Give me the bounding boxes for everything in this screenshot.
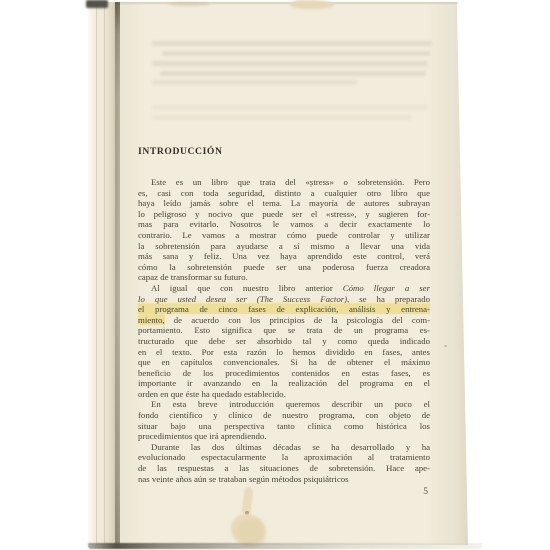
text-line: Al igual que con nuestro libro anterior … xyxy=(138,283,430,294)
text-segment: mas para evitarlo. Nosotros le vamos a d… xyxy=(138,219,430,229)
text-segment: capaz de transformar su futuro. xyxy=(138,272,248,282)
text-line: que en capítulos convencionales. Si ha d… xyxy=(138,357,430,368)
top-left-dark-patch xyxy=(86,0,108,8)
highlighted-text: el programa de cinco fases de explicació… xyxy=(138,304,430,314)
text-line: Este es un libro que trata del «stress» … xyxy=(138,177,430,188)
text-segment: En esta breve introducción queremos desc… xyxy=(151,399,430,409)
text-line: mas para evitarlo. Nosotros le vamos a d… xyxy=(138,219,430,230)
italic-text: Cómo llegar a ser xyxy=(343,283,430,293)
bleed-through-line xyxy=(152,61,428,66)
text-line: el programa de cinco fases de explicació… xyxy=(138,304,430,315)
text-line: situar bajo una perspectiva tanto clínic… xyxy=(138,421,430,432)
text-line: beneficio de los procedimientos contenid… xyxy=(138,368,430,379)
text-line: En esta breve introducción queremos desc… xyxy=(138,399,430,410)
highlighted-text: miento, xyxy=(138,315,165,325)
page-stack-fore-edge xyxy=(88,2,118,545)
text-segment: contrario. Le vamos a mostrar cómo puede… xyxy=(138,230,430,240)
text-segment: beneficio de los procedimientos contenid… xyxy=(138,368,430,378)
dust-speck xyxy=(399,188,401,190)
text-segment: importante ir avanzando en la realizació… xyxy=(138,378,430,388)
text-segment: más sana y feliz. Una vez haya aprendido… xyxy=(138,251,430,261)
text-line: nas veinte años aún se trataban según mé… xyxy=(138,474,430,485)
bleed-through-line xyxy=(160,71,426,76)
text-segment: Este es un libro que trata del «stress» … xyxy=(151,177,430,187)
text-segment: tructurado que debe ser absorbido tal y … xyxy=(138,336,430,346)
page-edge-line xyxy=(96,2,97,545)
bleed-through-line xyxy=(162,51,430,56)
top-edge-mark xyxy=(168,2,210,6)
gutter-crease xyxy=(115,2,120,545)
text-line: en el texto. Por esta razón lo hemos div… xyxy=(138,347,430,358)
text-segment: evolucionado espectacularmente la aproxi… xyxy=(138,452,430,462)
text-segment: haya leído jamás sobre el tema. La mayor… xyxy=(138,198,430,208)
text-segment: cómo la sobretensión puede ser una poder… xyxy=(138,262,430,272)
text-segment: situar bajo una perspectiva tanto clínic… xyxy=(138,421,430,431)
bleed-through-line xyxy=(152,105,428,110)
text-segment: portamiento. Esto significa que se trata… xyxy=(138,325,430,335)
bleed-through-line xyxy=(152,115,412,120)
text-line: fondo científico y clínico de nuestro pr… xyxy=(138,410,430,421)
text-line: procedimientos que irá aprendiendo. xyxy=(138,431,430,442)
text-segment: procedimientos que irá aprendiendo. xyxy=(138,431,267,441)
text-segment: que en capítulos convencionales. Si ha d… xyxy=(138,357,430,367)
page-number: 5 xyxy=(412,487,428,497)
bleed-through-line xyxy=(152,41,432,46)
text-line: orden en que éste ha quedado establecido… xyxy=(138,389,430,400)
text-segment: nas veinte años aún se trataban según mé… xyxy=(138,474,349,484)
text-line: tructurado que debe ser absorbido tal y … xyxy=(138,336,430,347)
text-segment: la sobretensión para ayudarse a sí mismo… xyxy=(138,241,430,251)
text-block: Este es un libro que trata del «stress» … xyxy=(138,177,430,484)
top-edge-stain xyxy=(290,0,334,9)
page-title: INTRODUCCIÓN xyxy=(138,146,223,157)
bottom-edge-shadow xyxy=(88,543,482,549)
text-segment: fondo científico y clínico de nuestro pr… xyxy=(138,410,430,420)
bleed-through-line xyxy=(152,80,357,85)
text-segment: de las respuestas a las situaciones de s… xyxy=(138,463,430,473)
text-line: miento, de acuerdo con los principios de… xyxy=(138,315,430,326)
text-line: más sana y feliz. Una vez haya aprendido… xyxy=(138,251,430,262)
text-segment: se ha preparado xyxy=(349,294,430,304)
text-line: importante ir avanzando en la realizació… xyxy=(138,378,430,389)
text-segment: Al igual que con nuestro libro anterior xyxy=(151,283,343,293)
text-line: contrario. Le vamos a mostrar cómo puede… xyxy=(138,230,430,241)
text-line: Durante las dos últimas décadas se ha de… xyxy=(138,442,430,453)
text-line: la sobretensión para ayudarse a sí mismo… xyxy=(138,241,430,252)
dust-speck xyxy=(444,345,447,347)
text-line: capaz de transformar su futuro. xyxy=(138,272,430,283)
text-segment: lo peligroso y nocivo que puede ser el «… xyxy=(138,209,430,219)
text-segment: Durante las dos últimas décadas se ha de… xyxy=(151,442,430,452)
book-page-photo: INTRODUCCIÓN Este es un libro que trata … xyxy=(0,0,550,550)
page-edge-line xyxy=(104,2,105,545)
text-line: portamiento. Esto significa que se trata… xyxy=(138,325,430,336)
text-line: es, casi con toda seguridad, distinto a … xyxy=(138,188,430,199)
text-segment: es, casi con toda seguridad, distinto a … xyxy=(138,188,430,198)
text-line: lo peligroso y nocivo que puede ser el «… xyxy=(138,209,430,220)
text-line: haya leído jamás sobre el tema. La mayor… xyxy=(138,198,430,209)
text-segment: de acuerdo con los principios de la psic… xyxy=(165,315,430,325)
text-segment: orden en que éste ha quedado establecido… xyxy=(138,389,286,399)
italic-text: lo que usted desea ser (The Success Fact… xyxy=(138,294,349,304)
text-line: cómo la sobretensión puede ser una poder… xyxy=(138,262,430,273)
text-line: lo que usted desea ser (The Success Fact… xyxy=(138,294,430,305)
text-line: de las respuestas a las situaciones de s… xyxy=(138,463,430,474)
text-segment: en el texto. Por esta razón lo hemos div… xyxy=(138,347,430,357)
text-line: evolucionado espectacularmente la aproxi… xyxy=(138,452,430,463)
dust-speck xyxy=(310,185,312,187)
